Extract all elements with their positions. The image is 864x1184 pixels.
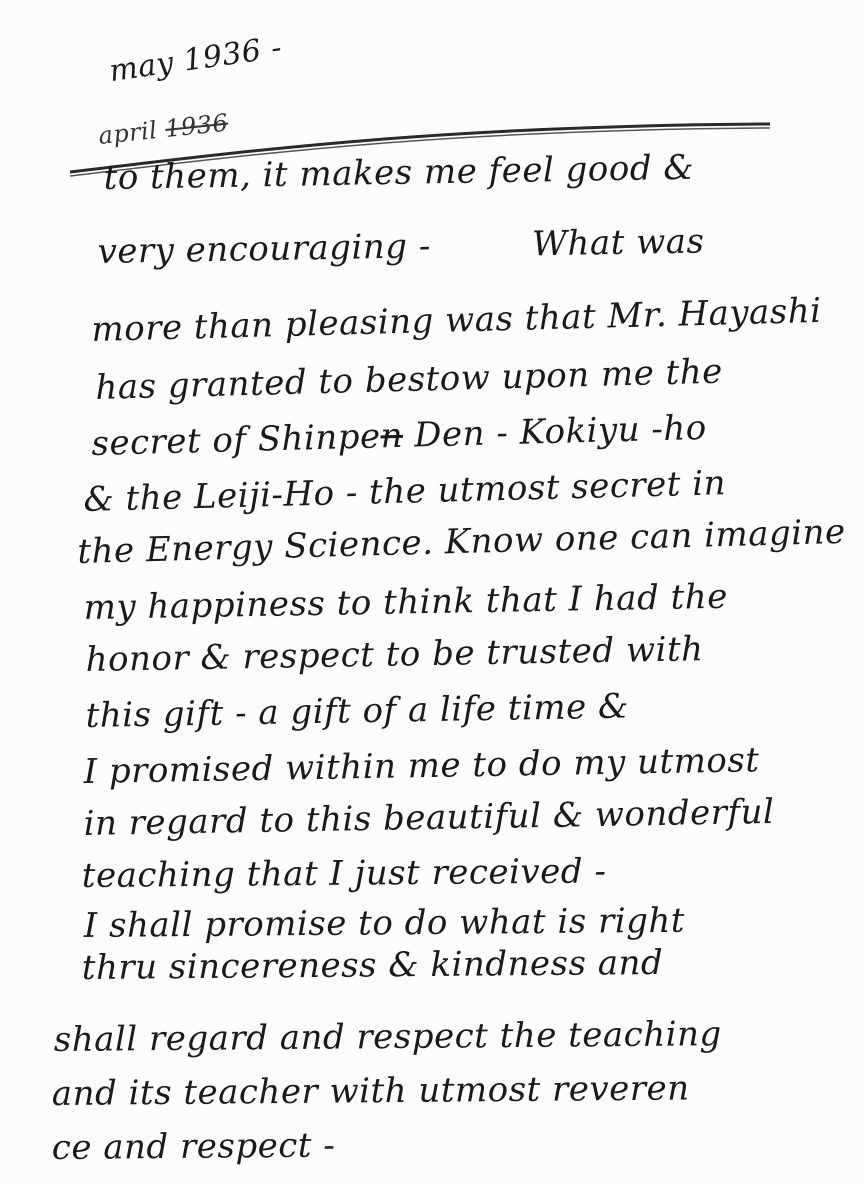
text-line-2: very encouraging - What was bbox=[97, 221, 704, 272]
text-line-2-continuation: What was bbox=[532, 221, 705, 264]
date-heading: may 1936 - bbox=[107, 30, 284, 89]
text-line-11: I promised within me to do my utmost bbox=[83, 740, 759, 792]
struck-letters: n bbox=[380, 416, 403, 457]
text-line-13: teaching that I just received - bbox=[82, 851, 607, 896]
text-line-16: shall regard and respect the teaching bbox=[54, 1014, 722, 1060]
text-line-17: and its teacher with utmost reveren bbox=[52, 1068, 690, 1114]
text-line-6: & the Leiji-Ho - the utmost secret in bbox=[83, 463, 726, 520]
text-line-7: the Energy Science. Know one can imagine bbox=[77, 512, 846, 572]
text-line-5-after: Den - Kokiyu -ho bbox=[402, 408, 707, 456]
text-line-5-main: secret of Shinpe bbox=[91, 416, 381, 464]
text-line-15: thru sincereness & kindness and bbox=[82, 943, 664, 988]
text-line-2-main: very encouraging - bbox=[97, 226, 431, 272]
text-line-18: ce and respect - bbox=[52, 1126, 336, 1168]
text-line-5: secret of Shinpen Den - Kokiyu -ho bbox=[91, 408, 707, 464]
handwritten-page: may 1936 - april 1936 to them, it makes … bbox=[0, 0, 864, 1184]
text-line-4: has granted to bestow upon me the bbox=[95, 352, 723, 408]
text-line-8: my happiness to think that I had the bbox=[83, 577, 728, 628]
text-line-10: this gift - a gift of a life time & bbox=[85, 687, 629, 736]
text-line-3: more than pleasing was that Mr. Hayashi bbox=[91, 291, 822, 350]
text-line-12: in regard to this beautiful & wonderful bbox=[83, 792, 774, 844]
text-line-9: honor & respect to be trusted with bbox=[85, 629, 703, 680]
text-line-14: I shall promise to do what is right bbox=[84, 901, 686, 946]
